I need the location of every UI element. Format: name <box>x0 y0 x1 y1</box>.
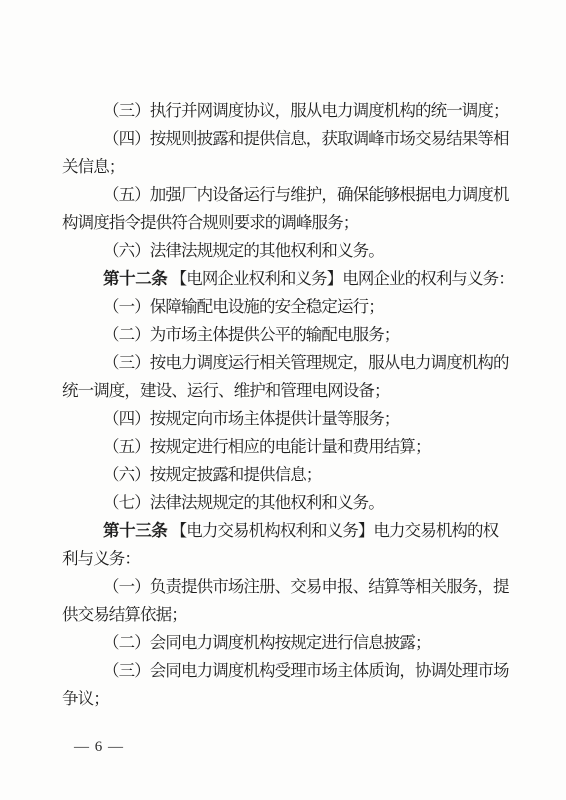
text-block: （三）执行并网调度协议，服从电力调度机构的统一调度；（四）按规则披露和提供信息，… <box>62 97 510 713</box>
text-line: （四）按规定向市场主体提供计量等服务； <box>62 405 510 433</box>
text-line: （五）加强厂内设备运行与维护，确保能够根据电力调度机 <box>62 181 510 209</box>
text-line: 利与义务： <box>62 545 510 573</box>
text-line: （六）按规定披露和提供信息； <box>62 461 510 489</box>
text-line: （四）按规则披露和提供信息，获取调峰市场交易结果等相 <box>62 125 510 153</box>
text-line: （三）会同电力调度机构受理市场主体质询，协调处理市场 <box>62 657 510 685</box>
text-line: （七）法律法规规定的其他权利和义务。 <box>62 489 510 517</box>
text-line: 统一调度，建设、运行、维护和管理电网设备； <box>62 377 510 405</box>
page-number: — 6 — <box>74 737 124 757</box>
text-line: 第十三条 【电力交易机构权利和义务】电力交易机构的权 <box>62 517 510 545</box>
text-line: （六）法律法规规定的其他权利和义务。 <box>62 237 510 265</box>
text-line: 第十二条 【电网企业权利和义务】电网企业的权利与义务： <box>62 265 510 293</box>
text-line: （二）会同电力调度机构按规定进行信息披露； <box>62 629 510 657</box>
article-number: 第十三条 <box>103 521 167 540</box>
text-line: （一）保障输配电设施的安全稳定运行； <box>62 293 510 321</box>
text-line: （五）按规定进行相应的电能计量和费用结算； <box>62 433 510 461</box>
text-line: 关信息； <box>62 153 510 181</box>
text-line: 供交易结算依据； <box>62 601 510 629</box>
text-line: （二）为市场主体提供公平的输配电服务； <box>62 321 510 349</box>
text-line: 构调度指令提供符合规则要求的调峰服务； <box>62 209 510 237</box>
text-line: （三）执行并网调度协议，服从电力调度机构的统一调度； <box>62 97 510 125</box>
text-line: （一）负责提供市场注册、交易申报、结算等相关服务，提 <box>62 573 510 601</box>
article-number: 第十二条 <box>103 269 167 288</box>
text-line: （三）按电力调度运行相关管理规定，服从电力调度机构的 <box>62 349 510 377</box>
text-line: 争议； <box>62 685 510 713</box>
document-page: （三）执行并网调度协议，服从电力调度机构的统一调度；（四）按规则披露和提供信息，… <box>0 0 566 800</box>
